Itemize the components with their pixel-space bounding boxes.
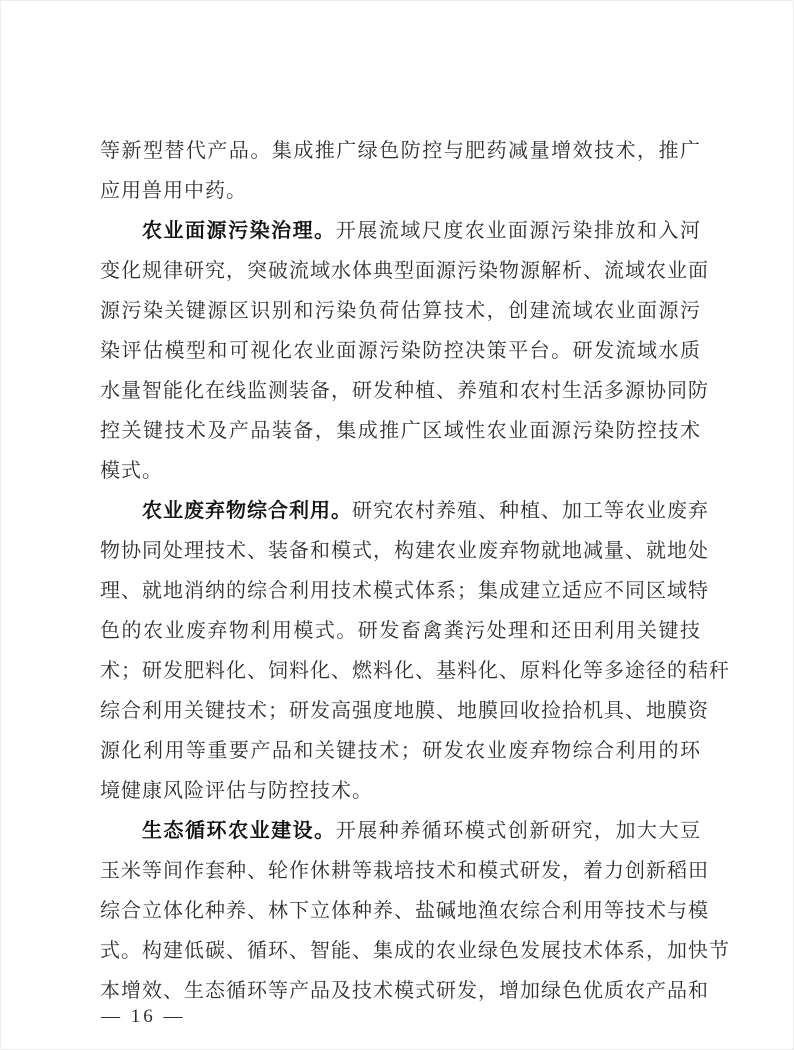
text-line: 变化规律研究，突破流域水体典型面源污染物源解析、流域农业面 [100,251,701,291]
text-line: 色的农业废弃物利用模式。研发畜禽粪污处理和还田利用关键技 [100,611,701,651]
line-text: 理、就地消纳的综合利用技术模式体系；集成建立适应不同区域特 [100,580,709,602]
line-text: 变化规律研究，突破流域水体典型面源污染物源解析、流域农业面 [100,260,709,282]
document-page: 等新型替代产品。集成推广绿色防控与肥药减量增效技术，推广应用兽用中药。农业面源污… [0,0,794,1050]
line-text: 色的农业废弃物利用模式。研发畜禽粪污处理和还田利用关键技 [100,620,701,642]
text-line: 术；研发肥料化、饲料化、燃料化、基料化、原料化等多途径的秸秆 [100,651,701,691]
line-text: 物协同处理技术、装备和模式，构建农业废弃物就地减量、就地处 [100,540,709,562]
page-number: — 16 — [101,1001,186,1033]
line-text: 综合立体化种养、林下立体种养、盐碱地渔农综合利用等技术与模 [100,900,709,922]
line-text: 开展种养循环模式创新研究，加大大豆 [336,820,701,842]
text-line: 水量智能化在线监测装备，研发种植、养殖和农村生活多源协同防 [100,371,701,411]
text-line: 源污染关键源区识别和污染负荷估算技术，创建流域农业面源污 [100,291,701,331]
line-text: 应用兽用中药。 [100,180,247,202]
line-text: 等新型替代产品。集成推广绿色防控与肥药减量增效技术，推广 [100,140,701,162]
line-text: 染评估模型和可视化农业面源污染防控决策平台。研发流域水质 [100,340,701,362]
text-line: 模式。 [100,451,701,491]
line-text: 模式。 [100,460,163,482]
page-number-label: — 16 — [101,1006,186,1027]
text-line: 物协同处理技术、装备和模式，构建农业废弃物就地减量、就地处 [100,531,701,571]
text-line: 本增效、生态循环等产品及技术模式研发，增加绿色优质农产品和 [100,971,701,1011]
text-line: 应用兽用中药。 [100,171,701,211]
text-line: 境健康风险评估与防控技术。 [100,771,701,811]
line-text: 术；研发肥料化、饲料化、燃料化、基料化、原料化等多途径的秸秆 [100,660,730,682]
text-line: 控关键技术及产品装备，集成推广区域性农业面源污染防控技术 [100,411,701,451]
line-text: 水量智能化在线监测装备，研发种植、养殖和农村生活多源协同防 [100,380,709,402]
line-text: 研究农村养殖、种植、加工等农业废弃 [352,500,709,522]
line-text: 境健康风险评估与防控技术。 [100,780,373,802]
line-text: 开展流域尺度农业面源污染排放和入河 [336,220,701,242]
line-text: 控关键技术及产品装备，集成推广区域性农业面源污染防控技术 [100,420,701,442]
text-line: 玉米等间作套种、轮作休耕等栽培技术和模式研发，着力创新稻田 [100,851,701,891]
text-line: 源化利用等重要产品和关键技术；研发农业废弃物综合利用的环 [100,731,701,771]
line-text: 源污染关键源区识别和污染负荷估算技术，创建流域农业面源污 [100,300,701,322]
text-line: 农业面源污染治理。开展流域尺度农业面源污染排放和入河 [100,211,701,251]
paragraph-lead: 农业废弃物综合利用。 [142,500,352,522]
text-line: 式。构建低碳、循环、智能、集成的农业绿色发展技术体系，加快节 [100,931,701,971]
text-line: 农业废弃物综合利用。研究农村养殖、种植、加工等农业废弃 [100,491,701,531]
line-text: 玉米等间作套种、轮作休耕等栽培技术和模式研发，着力创新稻田 [100,860,709,882]
text-line: 等新型替代产品。集成推广绿色防控与肥药减量增效技术，推广 [100,131,701,171]
paragraph-lead: 农业面源污染治理。 [142,220,336,242]
line-text: 本增效、生态循环等产品及技术模式研发，增加绿色优质农产品和 [100,980,709,1002]
text-line: 染评估模型和可视化农业面源污染防控决策平台。研发流域水质 [100,331,701,371]
line-text: 综合利用关键技术；研发高强度地膜、地膜回收捡拾机具、地膜资 [100,700,709,722]
line-text: 式。构建低碳、循环、智能、集成的农业绿色发展技术体系，加快节 [100,940,730,962]
text-line: 理、就地消纳的综合利用技术模式体系；集成建立适应不同区域特 [100,571,701,611]
text-line: 综合利用关键技术；研发高强度地膜、地膜回收捡拾机具、地膜资 [100,691,701,731]
text-line: 生态循环农业建设。开展种养循环模式创新研究，加大大豆 [100,811,701,851]
document-body: 等新型替代产品。集成推广绿色防控与肥药减量增效技术，推广应用兽用中药。农业面源污… [100,131,701,1011]
paragraph-lead: 生态循环农业建设。 [142,820,336,842]
text-line: 综合立体化种养、林下立体种养、盐碱地渔农综合利用等技术与模 [100,891,701,931]
line-text: 源化利用等重要产品和关键技术；研发农业废弃物综合利用的环 [100,740,701,762]
